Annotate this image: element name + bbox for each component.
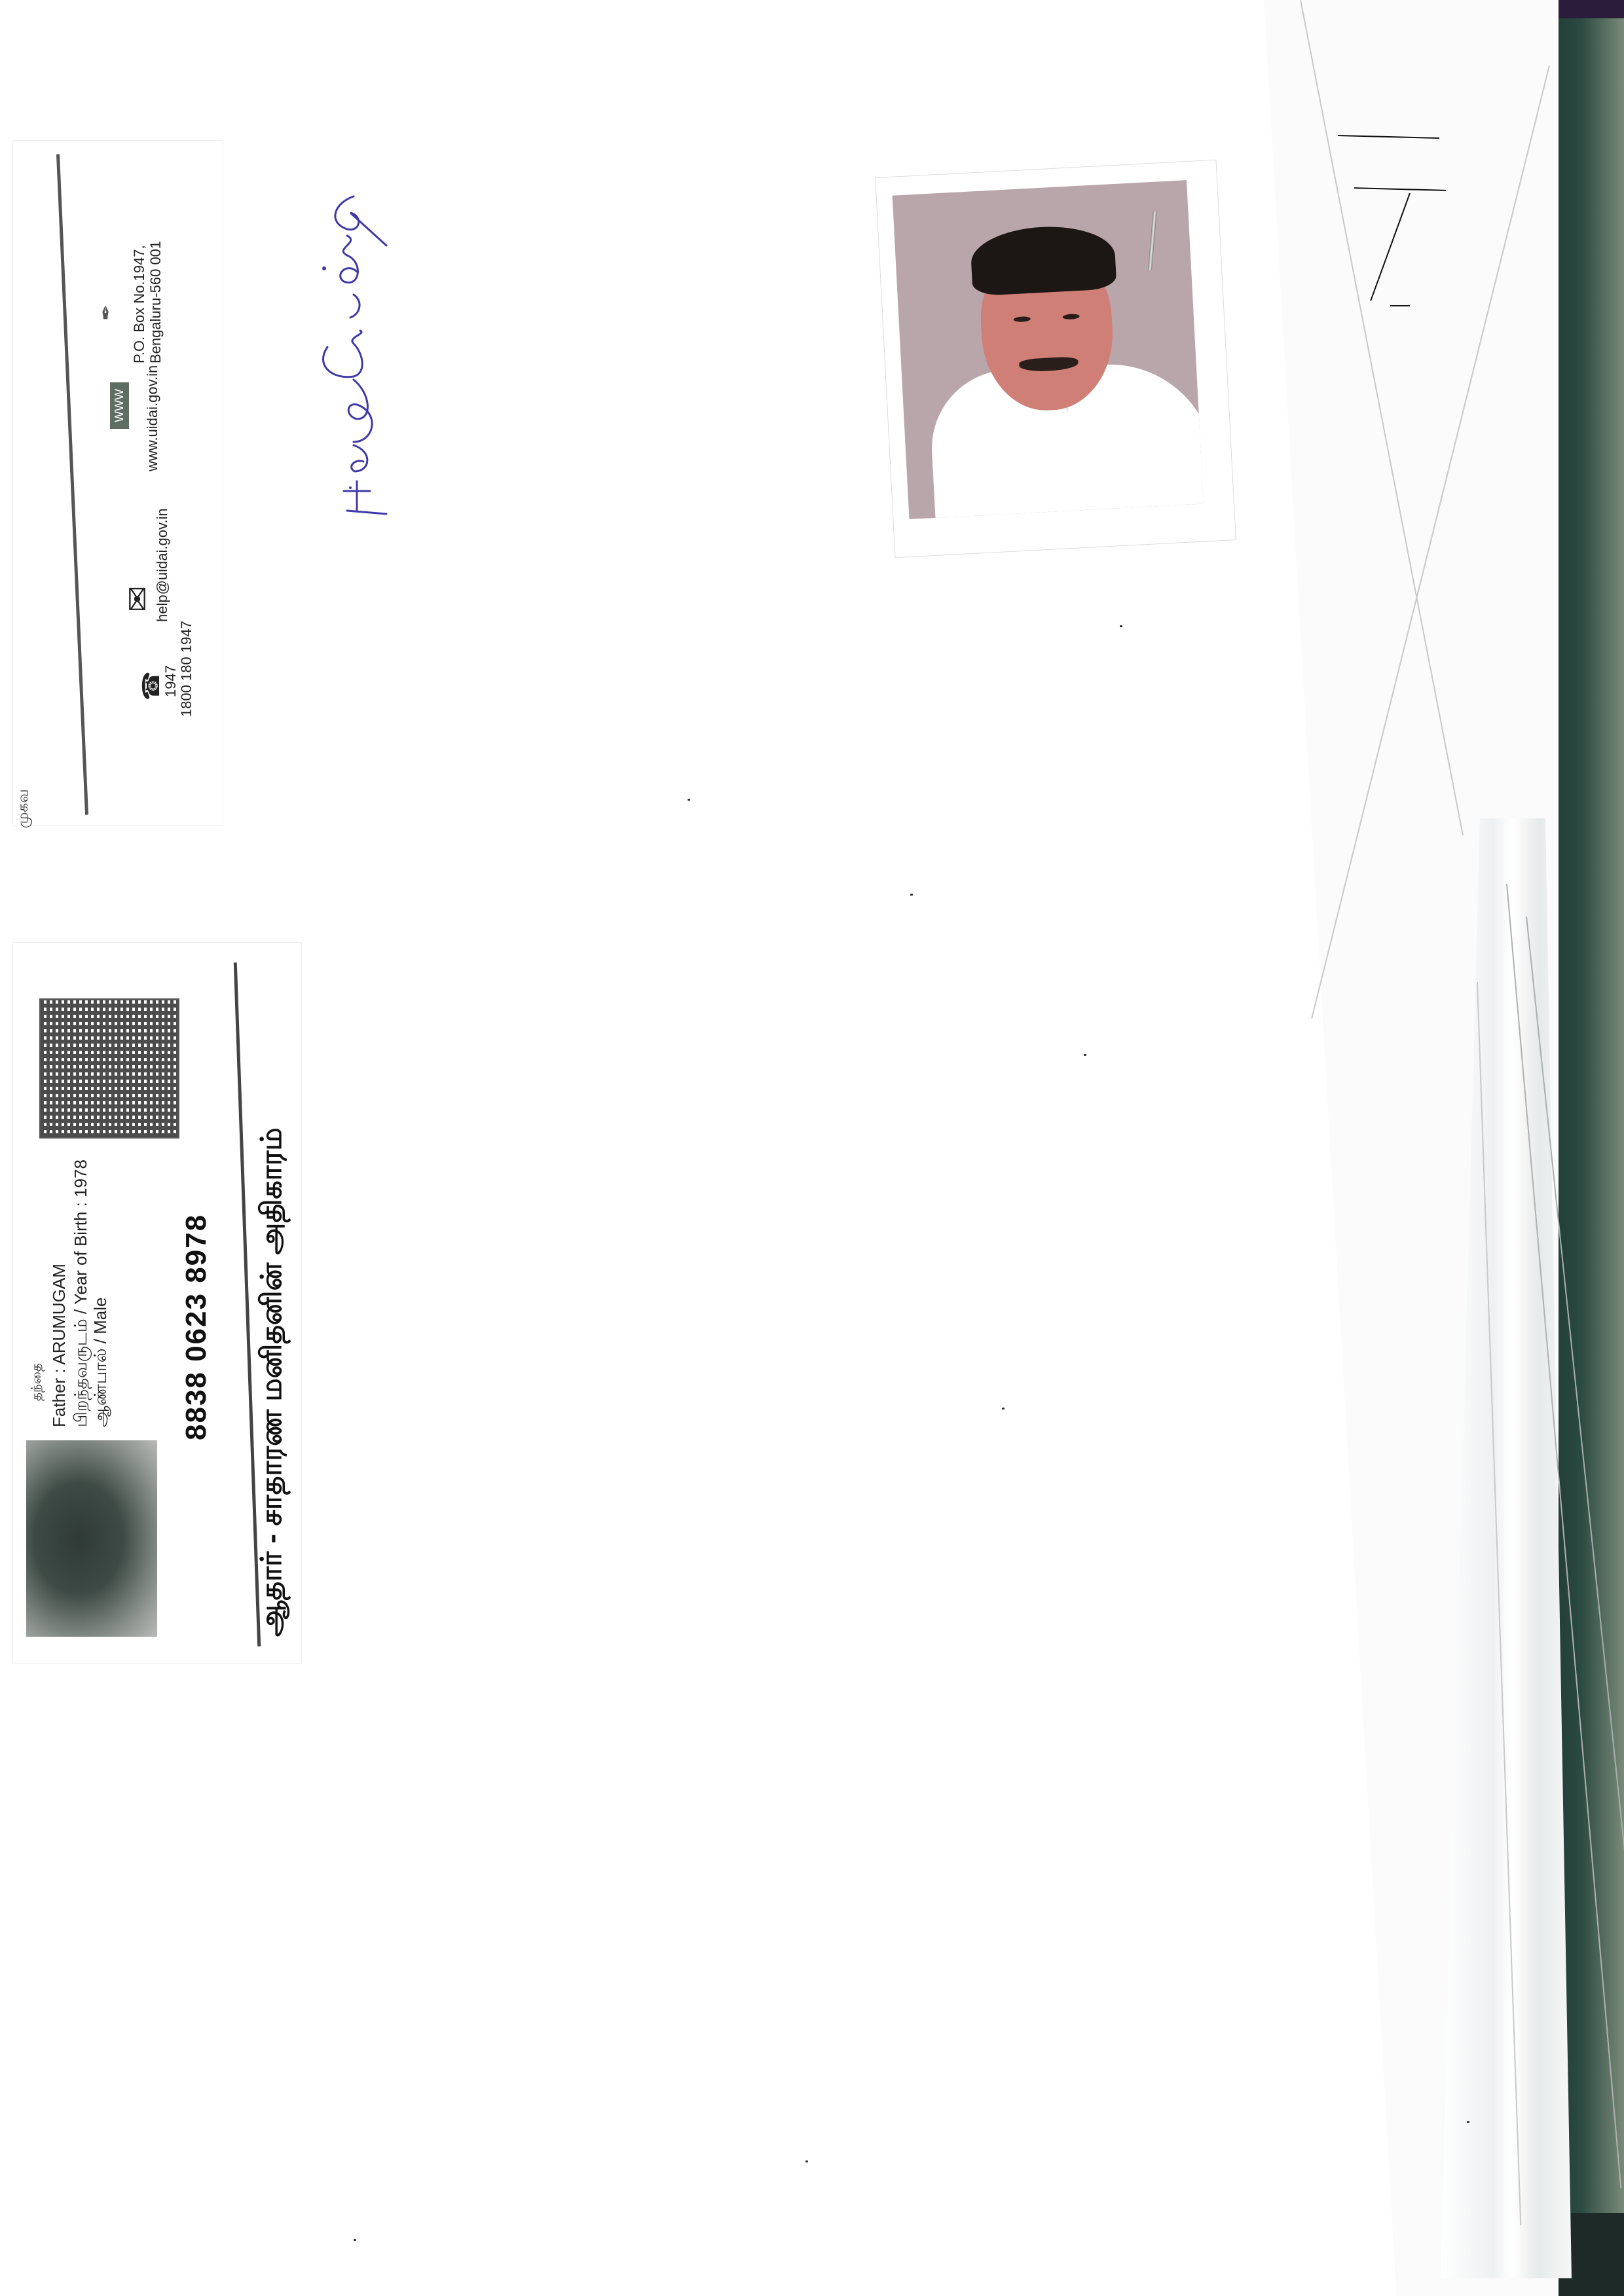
scan-speck xyxy=(354,2239,356,2241)
website-url: www.uidai.gov.in xyxy=(144,365,161,471)
mail-icon: ✉ xyxy=(123,586,155,612)
form-box-line xyxy=(1390,305,1410,306)
staple-icon xyxy=(1148,211,1157,270)
qr-code xyxy=(39,998,179,1139)
scan-speck xyxy=(1084,1054,1086,1056)
hair xyxy=(970,223,1117,296)
scanner-background-top xyxy=(1552,0,1624,18)
scan-speck xyxy=(1467,2121,1469,2123)
passport-photo xyxy=(876,160,1236,557)
card-holder-photo xyxy=(26,1440,157,1637)
scan-speck xyxy=(910,894,913,896)
tamil-fragment: முகவ xyxy=(14,789,33,828)
handwritten-signature xyxy=(308,183,406,602)
support-email: help@uidai.gov.in xyxy=(154,508,171,622)
pen-icon: ✒ xyxy=(95,304,118,321)
address-line-2: Bengaluru-560 001 xyxy=(147,241,164,363)
gender: ஆண்பால் / Male xyxy=(90,1297,113,1427)
address-line-1: P.O. Box No.1947, xyxy=(131,245,148,363)
phone-number: 1947 xyxy=(162,665,179,697)
scan-speck xyxy=(688,799,690,801)
tollfree-number: 1800 180 1947 xyxy=(178,621,195,717)
aadhaar-number: 8838 0623 8978 xyxy=(180,1214,213,1440)
www-icon: WWW xyxy=(110,382,129,429)
year-of-birth: பிறந்தவருடம் / Year of Birth : 1978 xyxy=(71,1159,93,1427)
phone-icon: ☎ xyxy=(138,671,165,701)
aadhaar-card-front: தந்தை Father : ARUMUGAM பிறந்தவருடம் / Y… xyxy=(13,943,301,1663)
scan-speck xyxy=(1120,625,1122,627)
scan-speck xyxy=(805,2160,808,2162)
father-name: Father : ARUMUGAM xyxy=(49,1264,69,1427)
card-divider xyxy=(56,154,88,814)
photo-image xyxy=(893,180,1204,519)
scan-speck xyxy=(1002,1408,1005,1410)
aadhaar-tagline: ஆதார் - சாதாரண மனிதனின் அதிகாரம் xyxy=(255,1127,292,1637)
name-fragment: தந்தை xyxy=(29,1363,46,1401)
aadhaar-card-back: முகவ ☎ 1947 1800 180 1947 ✉ help@uidai.g… xyxy=(13,141,223,825)
